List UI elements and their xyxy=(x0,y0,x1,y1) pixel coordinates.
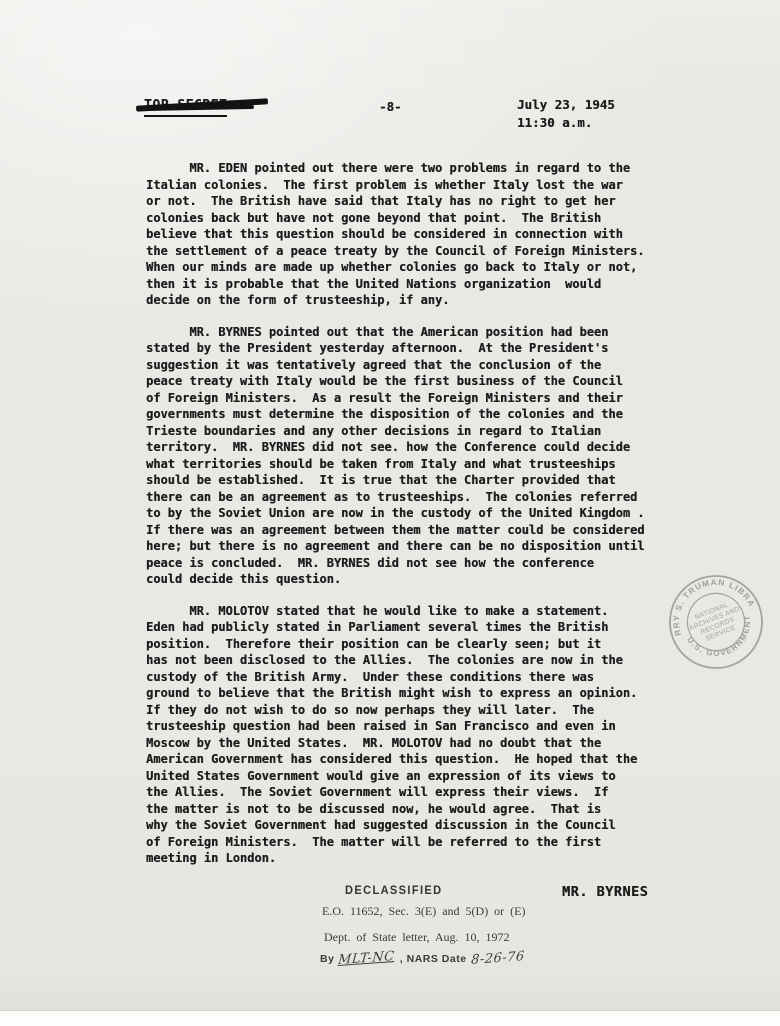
eo-line: E.O. 11652, Sec. 3(E) and 5(D) or (E) xyxy=(322,904,560,919)
page-number: -8- xyxy=(379,99,402,114)
scanner-edge xyxy=(0,1011,780,1026)
declassified-title: DECLASSIFIED xyxy=(345,883,543,897)
nars-date-label: , NARS Date xyxy=(400,953,467,965)
nars-handwritten-date: 8-26-76 xyxy=(471,949,526,968)
date-line: July 23, 1945 xyxy=(517,96,615,114)
by-nars-line: By MLT-NC , NARS Date 8-26-76 xyxy=(320,951,560,966)
declassification-stamp: DECLASSIFIED E.O. 11652, Sec. 3(E) and 5… xyxy=(300,883,560,966)
time-line: 11:30 a.m. xyxy=(517,114,615,132)
paragraph-molotov: MR. MOLOTOV stated that he would like to… xyxy=(146,603,676,867)
by-label: By xyxy=(320,953,334,965)
paper-background: TOP SECRET -8- July 23, 1945 11:30 a.m. … xyxy=(0,0,780,1011)
scanned-document-page: TOP SECRET -8- July 23, 1945 11:30 a.m. … xyxy=(0,0,780,1026)
state-letter-line: Dept. of State letter, Aug. 10, 1972 xyxy=(324,930,560,945)
date-time-block: July 23, 1945 11:30 a.m. xyxy=(517,96,615,132)
paragraph-byrnes: MR. BYRNES pointed out that the American… xyxy=(146,324,676,588)
document-body: MR. EDEN pointed out there were two prob… xyxy=(146,160,676,882)
by-handwritten-initials: MLT-NC xyxy=(338,949,396,968)
signature: MR. BYRNES xyxy=(562,884,648,900)
classification-stamp: TOP SECRET xyxy=(144,98,227,117)
paragraph-eden: MR. EDEN pointed out there were two prob… xyxy=(146,160,676,309)
